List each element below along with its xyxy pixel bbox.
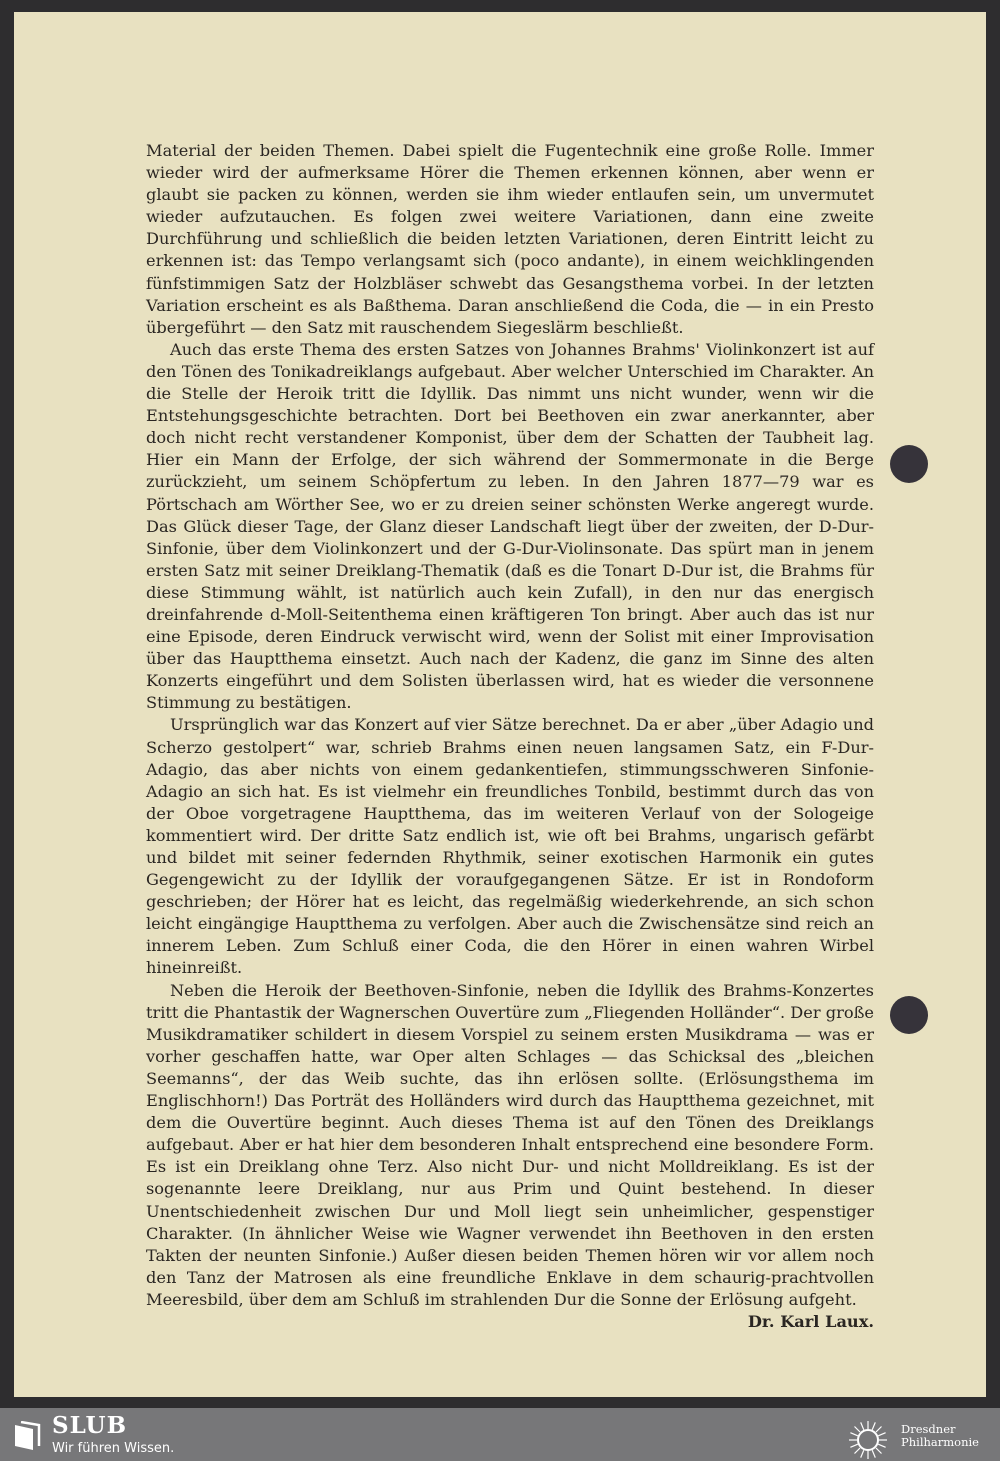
slub-logo-text[interactable]: SLUB [52,1412,127,1439]
sunburst-icon [848,1420,888,1460]
punch-hole-bottom [890,996,928,1034]
punch-hole-top [890,445,928,483]
paragraph-4: Neben die Heroik der Beethoven-Sinfonie,… [146,980,874,1311]
book-icon [13,1421,41,1451]
paragraph-3: Ursprünglich war das Konzert auf vier Sä… [146,714,874,979]
paragraph-1: Material der beiden Themen. Dabei spielt… [146,140,874,339]
viewer-footer: SLUB Wir führen Wissen. Dresdner Philhar… [0,1408,1000,1461]
slub-tagline: Wir führen Wissen. [52,1441,174,1456]
paragraph-2: Auch das erste Thema des ersten Satzes v… [146,339,874,715]
article-body: Material der beiden Themen. Dabei spielt… [146,140,874,1333]
author-signature: Dr. Karl Laux. [146,1311,874,1333]
philharmonie-logo-text[interactable]: Dresdner Philharmonie [901,1423,979,1449]
philharmonie-line2: Philharmonie [901,1436,979,1449]
